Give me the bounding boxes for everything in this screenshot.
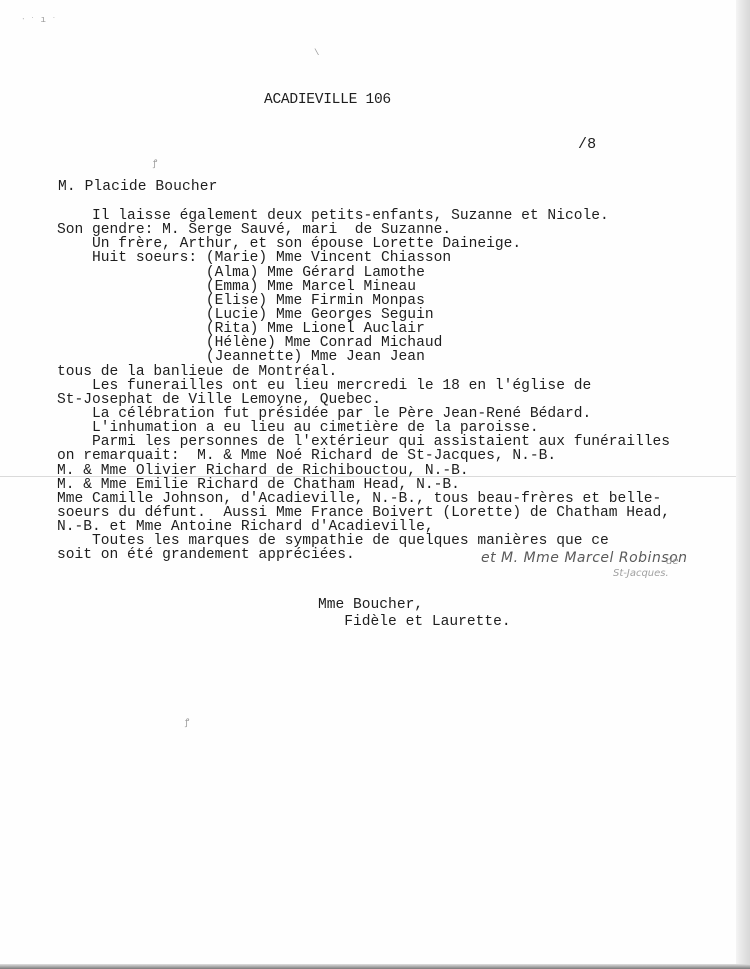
document-header-title: ACADIEVILLE 106	[264, 93, 391, 107]
page-edge-shadow	[736, 0, 750, 969]
body-line: Il laisse également deux petits-enfants,…	[57, 209, 670, 223]
body-line: Parmi les personnes de l'extérieur qui a…	[57, 435, 670, 449]
scanned-page: ᐧ ˑ ı ˑ \ ꝭ ꝭ ACADIEVILLE 106 /8 M. Plac…	[0, 0, 750, 969]
body-line: La célébration fut présidée par le Père …	[57, 407, 670, 421]
scan-speck: ᐧ ˑ ı ˑ	[22, 15, 57, 25]
scan-speck: \	[314, 48, 319, 58]
body-line: M. & Mme Emilie Richard de Chatham Head,…	[57, 478, 670, 492]
addressee: M. Placide Boucher	[58, 180, 217, 194]
body-line: tous de la banlieue de Montréal.	[57, 365, 670, 379]
handwritten-addition-continuation: de	[666, 556, 679, 567]
signature-block: Mme Boucher, Fidèle et Laurette.	[318, 597, 511, 631]
body-line: (Emma) Mme Marcel Mineau	[57, 280, 670, 294]
body-line: N.-B. et Mme Antoine Richard d'Acadievil…	[57, 520, 670, 534]
body-line: M. & Mme Olivier Richard de Richibouctou…	[57, 464, 670, 478]
scan-speck: ꝭ	[153, 156, 157, 169]
body-line: Huit soeurs: (Marie) Mme Vincent Chiasso…	[57, 251, 670, 265]
scan-speck: ꝭ	[185, 715, 189, 728]
handwritten-addition: et M. Mme Marcel Robinson	[481, 550, 688, 566]
signature-line: Mme Boucher,	[318, 597, 511, 614]
body-line: on remarquait: M. & Mme Noé Richard de S…	[57, 449, 670, 463]
body-line: (Lucie) Mme Georges Seguin	[57, 308, 670, 322]
body-line: Son gendre: M. Serge Sauvé, mari de Suza…	[57, 223, 670, 237]
page-bottom-edge	[0, 964, 750, 969]
body-line: (Alma) Mme Gérard Lamothe	[57, 266, 670, 280]
body-line: Toutes les marques de sympathie de quelq…	[57, 534, 670, 548]
body-line: Un frère, Arthur, et son épouse Lorette …	[57, 237, 670, 251]
signature-line: Fidèle et Laurette.	[318, 614, 511, 631]
body-line: (Hélène) Mme Conrad Michaud	[57, 336, 670, 350]
page-number: /8	[578, 138, 596, 152]
letter-body: Il laisse également deux petits-enfants,…	[57, 209, 670, 563]
body-line: (Elise) Mme Firmin Monpas	[57, 294, 670, 308]
body-line: Mme Camille Johnson, d'Acadieville, N.-B…	[57, 492, 670, 506]
body-line: (Rita) Mme Lionel Auclair	[57, 322, 670, 336]
handwritten-addition-second-line: St-Jacques.	[613, 568, 669, 579]
body-line: St-Josephat de Ville Lemoyne, Quebec.	[57, 393, 670, 407]
body-line: Les funerailles ont eu lieu mercredi le …	[57, 379, 670, 393]
body-line: (Jeannette) Mme Jean Jean	[57, 350, 670, 364]
body-line: soeurs du défunt. Aussi Mme France Boive…	[57, 506, 670, 520]
body-line: L'inhumation a eu lieu au cimetière de l…	[57, 421, 670, 435]
